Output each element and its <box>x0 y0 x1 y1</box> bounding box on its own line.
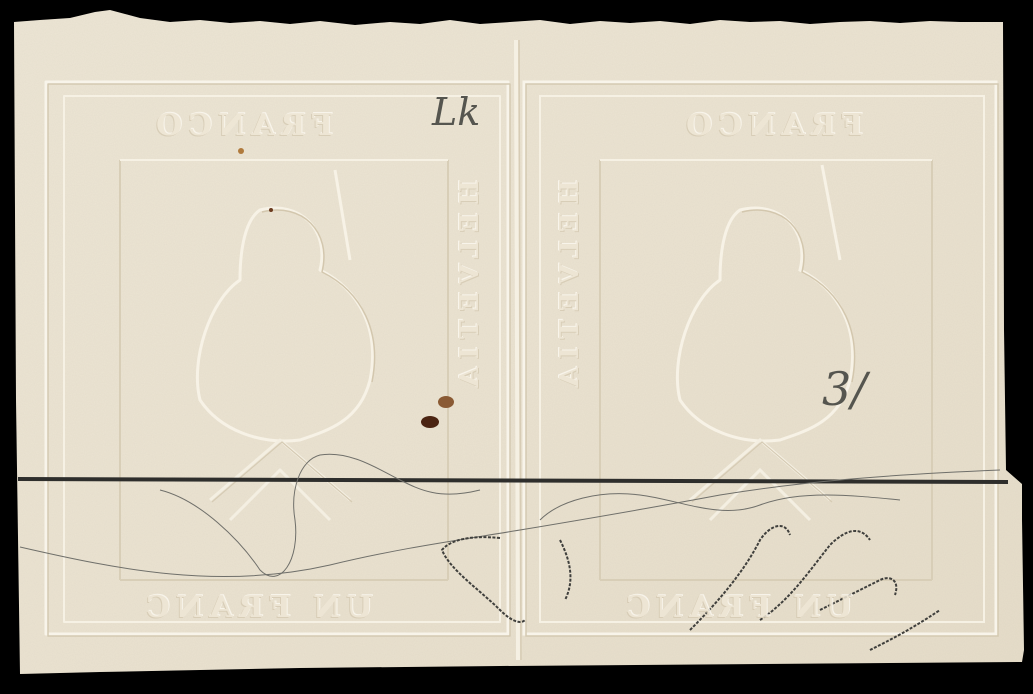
stamp-gutter <box>516 40 518 660</box>
left-stamp-top-legend: FRANCO <box>150 108 333 143</box>
left-stamp-bottom-legend: UN FRANC <box>140 590 373 625</box>
right-stamp-bottom-legend: UN FRANC <box>620 590 853 625</box>
right-stamp-top-legend: FRANCO <box>680 108 863 143</box>
pencil-mark-top: Lk <box>432 90 480 134</box>
right-stamp-side-legend: HELVETIA <box>555 180 585 395</box>
brown-stain <box>438 396 454 408</box>
left-stamp-side-legend: HELVETIA <box>455 180 485 395</box>
pencil-mark-number: 3/ <box>822 362 867 416</box>
photo-stage: FRANCO UN FRANC HELVETIA FRANCO UN FRANC… <box>0 0 1033 694</box>
dark-stain <box>421 416 439 428</box>
